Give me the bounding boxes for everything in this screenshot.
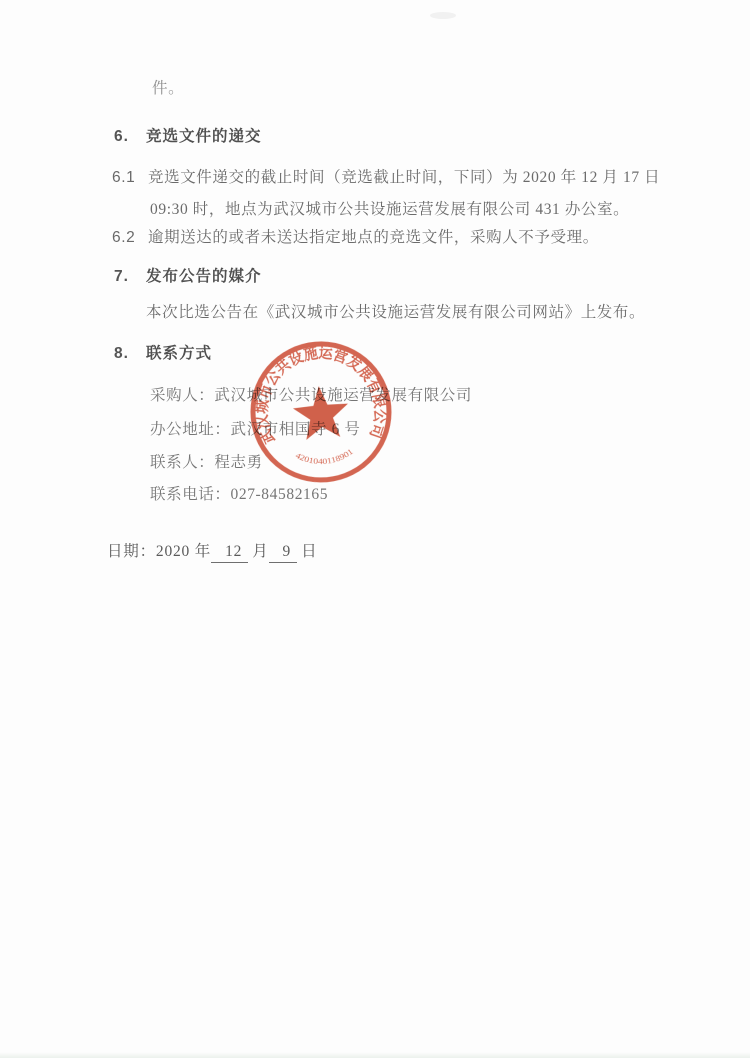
date-day-value: 9 xyxy=(269,543,298,563)
date-prefix: 日期：2020 年 xyxy=(107,543,211,560)
section-8-number: 8. xyxy=(114,345,129,363)
paragraph-continuation: 件。 xyxy=(152,80,184,98)
item-6-1-number: 6.1 xyxy=(112,169,135,187)
official-seal: 武汉城市公共设施运营发展有限公司 4201040118901 xyxy=(229,320,413,504)
item-6-1-line2: 09:30 时，地点为武汉城市公共设施运营发展有限公司 431 办公室。 xyxy=(150,201,629,219)
date-day-unit: 日 xyxy=(301,543,317,560)
seal-serial-text: 4201040118901 xyxy=(293,446,355,469)
section-8-title: 联系方式 xyxy=(146,345,212,363)
date-line: 日期：2020 年12月9日 xyxy=(107,543,317,563)
scan-edge xyxy=(0,1052,750,1058)
date-month-unit: 月 xyxy=(252,543,268,560)
item-6-1-line1: 竞选文件递交的截止时间（竞选截止时间，下同）为 2020 年 12 月 17 日 xyxy=(148,169,660,187)
section-7-title: 发布公告的媒介 xyxy=(146,268,262,286)
scan-smudge xyxy=(430,12,456,19)
document-page: 件。 6. 竞选文件的递交 6.1 竞选文件递交的截止时间（竞选截止时间，下同）… xyxy=(0,0,750,1058)
section-7-number: 7. xyxy=(114,268,129,286)
date-month-value: 12 xyxy=(211,543,248,563)
item-6-2-text: 逾期送达的或者未送达指定地点的竞选文件，采购人不予受理。 xyxy=(148,229,599,247)
star-icon xyxy=(291,384,351,441)
section-6-number: 6. xyxy=(114,128,129,146)
section-6-title: 竞选文件的递交 xyxy=(146,128,262,146)
item-6-2-number: 6.2 xyxy=(112,229,135,247)
